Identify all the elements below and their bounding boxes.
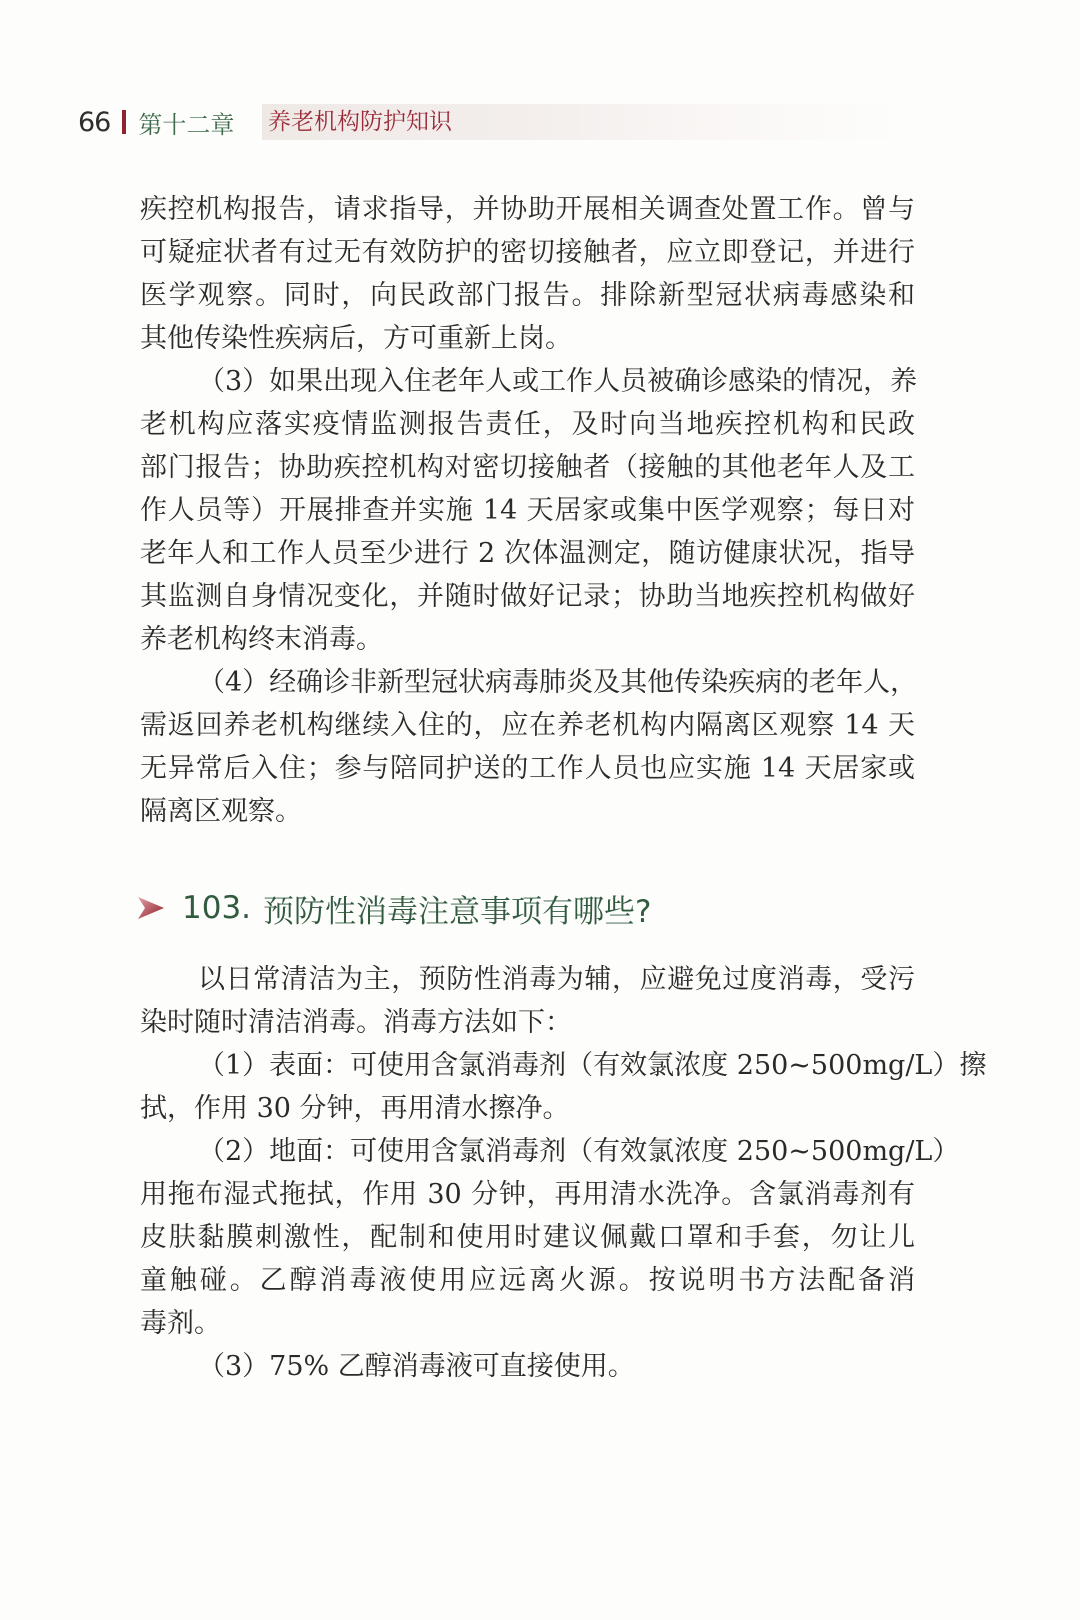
text-line: 其监测自身情况变化，并随时做好记录；协助当地疾控机构做好 (140, 575, 915, 618)
question-heading: 103. 预防性消毒注意事项有哪些? (138, 884, 651, 932)
text-line: 部门报告；协助疾控机构对密切接触者（接触的其他老年人及工 (140, 446, 915, 489)
text-line: 其他传染性疾病后，方可重新上岗。 (140, 317, 915, 360)
text-line: 养老机构终末消毒。 (140, 618, 915, 661)
text-line: 作人员等）开展排查并实施 14 天居家或集中医学观察；每日对 (140, 489, 915, 532)
text-line: （3）如果出现入住老年人或工作人员被确诊感染的情况，养 (198, 360, 915, 403)
text-line: 染时随时清洁消毒。消毒方法如下： (140, 1001, 915, 1044)
text-line: 老年人和工作人员至少进行 2 次体温测定，随访健康状况，指导 (140, 532, 915, 575)
chapter-label: 第十二章 (138, 105, 234, 140)
text-line: 可疑症状者有过无有效防护的密切接触者，应立即登记，并进行 (140, 231, 915, 274)
text-line: （2）地面：可使用含氯消毒剂（有效氯浓度 250~500mg/L） (198, 1130, 915, 1173)
question-number: 103. (182, 890, 251, 926)
text-line: 疾控机构报告，请求指导，并协助开展相关调查处置工作。曾与 (140, 188, 915, 231)
text-line: 毒剂。 (140, 1302, 915, 1345)
text-line: 无异常后入住；参与陪同护送的工作人员也应实施 14 天居家或 (140, 747, 915, 790)
text-line: 童触碰。乙醇消毒液使用应远离火源。按说明书方法配备消 (140, 1259, 915, 1302)
text-line: （4）经确诊非新型冠状病毒肺炎及其他传染疾病的老年人， (198, 661, 915, 704)
text-line: 皮肤黏膜刺激性，配制和使用时建议佩戴口罩和手套，勿让儿 (140, 1216, 915, 1259)
text-line: 拭，作用 30 分钟，再用清水擦净。 (140, 1087, 915, 1130)
page-number: 66 (78, 107, 110, 138)
header-divider (122, 110, 126, 134)
text-line: 隔离区观察。 (140, 790, 915, 833)
text-line: （1）表面：可使用含氯消毒剂（有效氯浓度 250~500mg/L）擦 (198, 1044, 915, 1087)
text-line: 以日常清洁为主，预防性消毒为辅，应避免过度消毒，受污 (198, 958, 915, 1001)
text-line: 用拖布湿式拖拭，作用 30 分钟，再用清水洗净。含氯消毒剂有 (140, 1173, 915, 1216)
arrow-bullet-icon (138, 897, 164, 919)
text-line: 医学观察。同时，向民政部门报告。排除新型冠状病毒感染和 (140, 274, 915, 317)
text-line: （3）75% 乙醇消毒液可直接使用。 (198, 1345, 915, 1388)
section-title: 养老机构防护知识 (268, 104, 452, 140)
question-title: 预防性消毒注意事项有哪些? (263, 886, 651, 931)
text-line: 需返回养老机构继续入住的，应在养老机构内隔离区观察 14 天 (140, 704, 915, 747)
running-header: 66 第十二章 (78, 102, 234, 142)
text-line: 老机构应落实疫情监测报告责任，及时向当地疾控机构和民政 (140, 403, 915, 446)
